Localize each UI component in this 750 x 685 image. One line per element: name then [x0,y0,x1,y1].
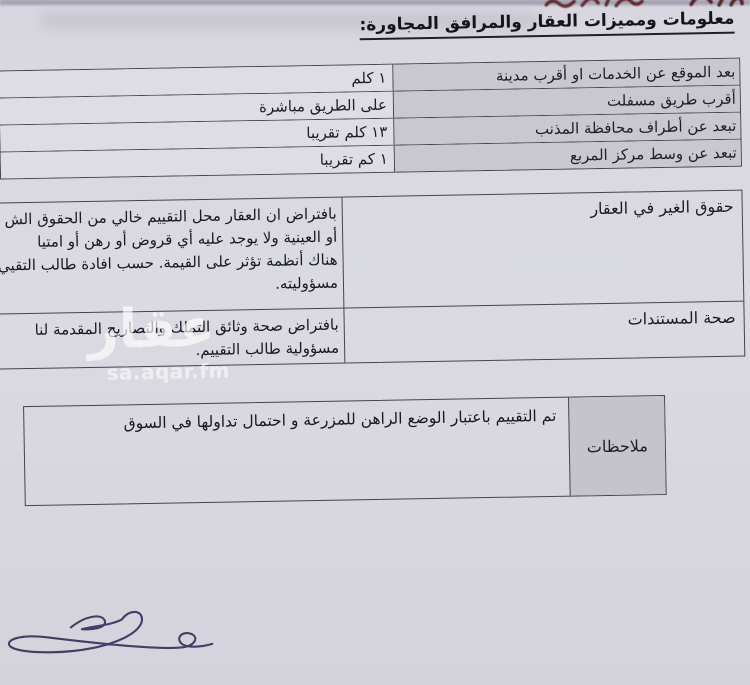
notes-table: ملاحظات تم التقييم باعتبار الوضع الراهن … [23,395,667,506]
row-label: حقوق الغير في العقار [341,191,743,308]
scan-artifact-text-remnant-icon [544,0,644,9]
row-label: تبعد عن وسط مركز المربع [394,140,741,172]
scanned-document-page: معلومات ومميزات العقار والمرافق المجاورة… [0,0,750,685]
info-table: بعد الموقع عن الخدمات او أقرب مدينة ١ كل… [0,58,742,180]
table-row: حقوق الغير في العقار بافتراض ان العقار م… [0,191,743,316]
table-row: ملاحظات تم التقييم باعتبار الوضع الراهن … [24,396,666,505]
notes-value: تم التقييم باعتبار الوضع الراهن للمزرعة … [24,398,570,505]
row-value: ١ كم تقريبا [1,146,394,179]
document-body: معلومات ومميزات العقار والمرافق المجاورة… [0,0,750,685]
conditions-table: حقوق الغير في العقار بافتراض ان العقار م… [0,190,745,371]
row-label: صحة المستندات [343,302,744,363]
notes-label: ملاحظات [568,396,666,496]
table-row: صحة المستندات بافتراض صحة وثائق التملك و… [0,302,744,370]
signature-icon [4,588,238,685]
scan-artifact-text-remnant-icon [689,0,745,7]
page-title: معلومات ومميزات العقار والمرافق المجاورة… [359,9,734,41]
row-value: بافتراض ان العقار محل التقييم خالي من ال… [0,198,343,315]
row-value: بافتراض صحة وثائق التملك والتصاريح المقد… [0,309,344,370]
